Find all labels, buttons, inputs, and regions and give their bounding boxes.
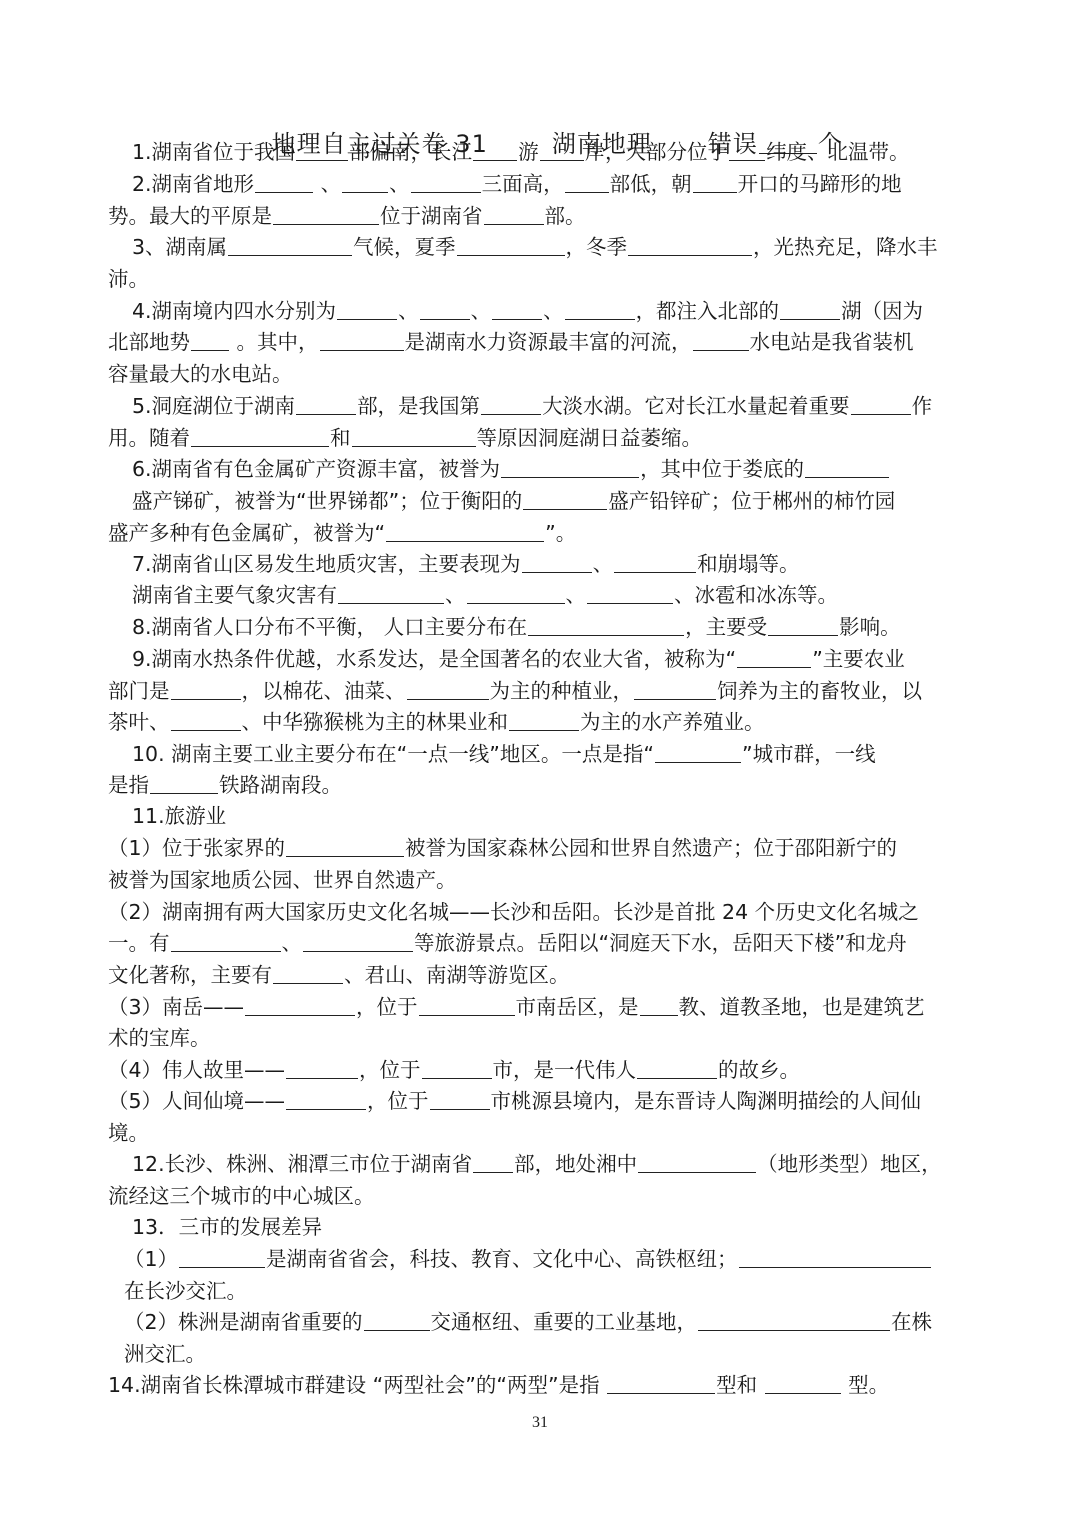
question-text: 交通枢纽、重要的工业基地， <box>431 1310 698 1334</box>
answer-blank[interactable] <box>171 931 281 952</box>
answer-blank[interactable] <box>587 583 673 604</box>
question-text: （2）株洲是湖南省重要的 <box>124 1310 363 1334</box>
question-text: 位于湖南省 <box>380 204 483 228</box>
question-text: 纬度、北温带。 <box>766 140 910 164</box>
worksheet-line: 盛产锑矿，被誉为“世界锑都”；位于衡阳的盛产铅锌矿；位于郴州的柿竹园 <box>132 487 895 515</box>
question-text: （3）南岳—— <box>108 995 244 1019</box>
page-number: 31 <box>0 1414 1080 1432</box>
question-text: （地形类型）地区， <box>757 1152 942 1176</box>
question-text: 部低，朝 <box>610 172 692 196</box>
question-text: ，位于 <box>359 1058 421 1082</box>
answer-blank[interactable] <box>523 489 607 510</box>
answer-blank[interactable] <box>337 299 397 320</box>
answer-blank[interactable] <box>528 615 684 636</box>
answer-blank[interactable] <box>637 1058 717 1079</box>
question-text: 为主的种植业， <box>490 679 634 703</box>
answer-blank[interactable] <box>422 1058 492 1079</box>
question-text: 3、湖南属 <box>132 235 227 259</box>
question-text: 、 <box>566 583 587 607</box>
question-text: 、 <box>314 172 341 196</box>
answer-blank[interactable] <box>245 995 355 1016</box>
question-text: 大淡水湖。它对长江水量起着重要 <box>542 394 850 418</box>
answer-blank[interactable] <box>296 140 348 161</box>
answer-blank[interactable] <box>765 1373 841 1394</box>
question-text: （1）位于张家界的 <box>108 836 285 860</box>
question-text: 被誉为国家地质公园、世界自然遗产。 <box>108 868 457 892</box>
answer-blank[interactable] <box>303 931 413 952</box>
question-text: 饲养为主的畜牧业，以 <box>717 679 922 703</box>
question-text: 作 <box>912 394 933 418</box>
worksheet-line: 11.旅游业 <box>132 802 226 830</box>
question-text: 、 <box>593 552 614 576</box>
answer-blank[interactable] <box>638 1152 756 1173</box>
question-text: 1.湖南省位于我国 <box>132 140 295 164</box>
question-text: 茶叶、 <box>108 710 170 734</box>
answer-blank[interactable] <box>729 140 765 161</box>
worksheet-line: 一。有、等旅游景点。岳阳以“洞庭天下水，岳阳天下楼”和龙舟 <box>108 929 907 957</box>
question-text: （4）伟人故里—— <box>108 1058 285 1082</box>
question-text: ，位于 <box>367 1089 429 1113</box>
answer-blank[interactable] <box>419 995 515 1016</box>
question-text: 洲交汇。 <box>124 1342 206 1366</box>
answer-blank[interactable] <box>386 521 544 542</box>
question-text: 7.湖南省山区易发生地质灾害，主要表现为 <box>132 552 521 576</box>
question-text: 14.湖南省长株潭城市群建设 “两型社会”的“两型”是指 <box>108 1373 606 1397</box>
question-text: 5.洞庭湖位于湖南 <box>132 394 295 418</box>
question-text: 盛产多种有色金属矿，被誉为“ <box>108 521 385 545</box>
question-text: 、 <box>471 299 492 323</box>
worksheet-line: 容量最大的水电站。 <box>108 360 293 388</box>
question-text: 2.湖南省地形 <box>132 172 254 196</box>
answer-blank[interactable] <box>739 1247 931 1268</box>
answer-blank[interactable] <box>614 552 696 573</box>
question-text: 。其中， <box>230 330 319 354</box>
answer-blank[interactable] <box>171 679 241 700</box>
answer-blank[interactable] <box>780 299 840 320</box>
question-text: 、 <box>282 931 303 955</box>
question-text: 12.长沙、株洲、湘潭三市位于湖南省 <box>132 1152 472 1176</box>
question-text: 一。有 <box>108 931 170 955</box>
worksheet-line: （5）人间仙境——，位于市桃源县境内，是东晋诗人陶渊明描绘的人间仙 <box>108 1087 921 1115</box>
worksheet-line: 14.湖南省长株潭城市群建设 “两型社会”的“两型”是指 型和 型。 <box>108 1371 889 1399</box>
question-text: 气候，夏季 <box>353 235 456 259</box>
question-text: 三面高， <box>482 172 564 196</box>
question-text: 术的宝库。 <box>108 1026 211 1050</box>
answer-blank[interactable] <box>693 330 749 351</box>
question-text: 8.湖南省人口分布不平衡， 人口主要分布在 <box>132 615 527 639</box>
question-text: 势。最大的平原是 <box>108 204 272 228</box>
worksheet-line: （3）南岳——，位于市南岳区，是教、道教圣地，也是建筑艺 <box>108 993 925 1021</box>
answer-blank[interactable] <box>851 394 911 415</box>
question-text: ”主要农业 <box>812 647 905 671</box>
worksheet-line: 势。最大的平原是位于湖南省部。 <box>108 202 586 230</box>
question-text: 、 <box>543 299 564 323</box>
question-text: 被誉为国家森林公园和世界自然遗产；位于邵阳新宁的 <box>405 836 897 860</box>
question-text: 是湖南水力资源最丰富的河流， <box>405 330 692 354</box>
question-text: ，都注入北部的 <box>636 299 780 323</box>
question-text: ，冬季 <box>566 235 628 259</box>
answer-blank[interactable] <box>693 172 737 193</box>
worksheet-line: 在长沙交汇。 <box>124 1277 247 1305</box>
worksheet-line: 8.湖南省人口分布不平衡， 人口主要分布在，主要受影响。 <box>132 613 901 641</box>
question-text: 为主的水产养殖业。 <box>580 710 765 734</box>
worksheet-line: 部门是，以棉花、油菜、为主的种植业，饲养为主的畜牧业，以 <box>108 677 922 705</box>
question-text: 岸，大部分位于 <box>585 140 729 164</box>
answer-blank[interactable] <box>467 583 565 604</box>
answer-blank[interactable] <box>296 394 356 415</box>
answer-blank[interactable] <box>320 330 404 351</box>
question-text: 游 <box>518 140 539 164</box>
answer-blank[interactable] <box>628 235 752 256</box>
question-text: ”城市群，一线 <box>742 742 876 766</box>
question-text: 6.湖南省有色金属矿产资源丰富，被誉为 <box>132 457 500 481</box>
worksheet-line: （1）是湖南省省会，科技、教育、文化中心、高铁枢纽； <box>124 1245 932 1273</box>
question-text: 盛产锑矿，被誉为“世界锑都”；位于衡阳的 <box>132 489 522 513</box>
question-text: 容量最大的水电站。 <box>108 362 293 386</box>
question-text: 开口的马蹄形的地 <box>738 172 902 196</box>
answer-blank[interactable] <box>501 457 639 478</box>
answer-blank[interactable] <box>286 1058 358 1079</box>
question-text: ，其中位于娄底的 <box>640 457 804 481</box>
answer-blank[interactable] <box>457 235 565 256</box>
question-text: 流经这三个城市的中心城区。 <box>108 1184 375 1208</box>
worksheet-line: 1.湖南省位于我国部偏南，长江游岸，大部分位于纬度、北温带。 <box>132 138 910 166</box>
answer-blank[interactable] <box>407 679 489 700</box>
worksheet-line: 茶叶、、中华猕猴桃为主的林果业和为主的水产养殖业。 <box>108 708 765 736</box>
question-text: 13．三市的发展差异 <box>132 1215 322 1239</box>
question-text: 教、道教圣地，也是建筑艺 <box>679 995 925 1019</box>
question-text: 盛产铅锌矿；位于郴州的柿竹园 <box>608 489 895 513</box>
answer-blank[interactable] <box>191 426 329 447</box>
answer-blank[interactable] <box>492 299 542 320</box>
worksheet-line: 9.湖南水热条件优越，水系发达，是全国著名的农业大省，被称为“”主要农业 <box>132 645 905 673</box>
worksheet-line: 13．三市的发展差异 <box>132 1213 322 1241</box>
worksheet-line: 沛。 <box>108 265 149 293</box>
question-text: ，光热充足，降水丰 <box>753 235 938 259</box>
answer-blank[interactable] <box>352 426 476 447</box>
question-text: 、君山、南湖等游览区。 <box>344 963 570 987</box>
question-text: 湖（因为 <box>841 299 923 323</box>
worksheet-line: 3、湖南属气候，夏季，冬季，光热充足，降水丰 <box>132 233 938 261</box>
answer-blank[interactable] <box>565 172 609 193</box>
question-text: 部偏南，长江 <box>349 140 472 164</box>
worksheet-line: 用。随着和等原因洞庭湖日益萎缩。 <box>108 424 702 452</box>
question-text: 10. 湖南主要工业主要分布在“一点一线”地区。一点是指“ <box>132 742 654 766</box>
question-text: 在长沙交汇。 <box>124 1279 247 1303</box>
worksheet-line: 被誉为国家地质公园、世界自然遗产。 <box>108 866 457 894</box>
answer-blank[interactable] <box>342 172 388 193</box>
answer-blank[interactable] <box>484 204 544 225</box>
answer-blank[interactable] <box>179 1247 265 1268</box>
worksheet-line: 盛产多种有色金属矿，被誉为“”。 <box>108 519 576 547</box>
answer-blank[interactable] <box>540 140 584 161</box>
question-text: 和崩塌等。 <box>697 552 800 576</box>
question-text: 4.湖南境内四水分别为 <box>132 299 336 323</box>
answer-blank[interactable] <box>255 172 313 193</box>
question-text: 水电站是我省装机 <box>750 330 914 354</box>
question-text: 影响。 <box>839 615 901 639</box>
question-text: 、 <box>389 172 410 196</box>
worksheet-line: 6.湖南省有色金属矿产资源丰富，被誉为，其中位于娄底的 <box>132 455 890 483</box>
question-text: 部，是我国第 <box>357 394 480 418</box>
worksheet-line: 流经这三个城市的中心城区。 <box>108 1182 375 1210</box>
question-text: 、 <box>445 583 466 607</box>
question-text: 、中华猕猴桃为主的林果业和 <box>242 710 509 734</box>
answer-blank[interactable] <box>607 1373 715 1394</box>
answer-blank[interactable] <box>364 1310 430 1331</box>
question-text: 是指 <box>108 773 149 797</box>
answer-blank[interactable] <box>338 583 444 604</box>
question-text: 市，是一代伟人 <box>493 1058 637 1082</box>
question-text: 部，地处湘中 <box>514 1152 637 1176</box>
question-text: 部。 <box>545 204 586 228</box>
answer-blank[interactable] <box>698 1310 890 1331</box>
worksheet-line: （1）位于张家界的被誉为国家森林公园和世界自然遗产；位于邵阳新宁的 <box>108 834 897 862</box>
question-text: 和 <box>330 426 351 450</box>
worksheet-line: 湖南省主要气象灾害有、、、冰雹和冰冻等。 <box>132 581 838 609</box>
answer-blank[interactable] <box>430 1089 490 1110</box>
worksheet-line: 北部地势 。其中，是湖南水力资源最丰富的河流，水电站是我省装机 <box>108 328 914 356</box>
worksheet-line: 10. 湖南主要工业主要分布在“一点一线”地区。一点是指“”城市群，一线 <box>132 740 876 768</box>
question-text: 用。随着 <box>108 426 190 450</box>
answer-blank[interactable] <box>640 995 678 1016</box>
answer-blank[interactable] <box>522 552 592 573</box>
worksheet-page: 地理自主过关卷 31湖南地理错误个 1.湖南省位于我国部偏南，长江游岸，大部分位… <box>0 0 1080 1528</box>
question-text: 型。 <box>842 1373 890 1397</box>
question-text: 等原因洞庭湖日益萎缩。 <box>477 426 703 450</box>
question-text: 市桃源县境内，是东晋诗人陶渊明描绘的人间仙 <box>491 1089 922 1113</box>
question-text: 的故乡。 <box>718 1058 800 1082</box>
answer-blank[interactable] <box>273 204 379 225</box>
question-text: （2）湖南拥有两大国家历史文化名城——长沙和岳阳。长沙是首批 24 个历史文化名… <box>108 900 919 924</box>
worksheet-line: 术的宝库。 <box>108 1024 211 1052</box>
question-text: 等旅游景点。岳阳以“洞庭天下水，岳阳天下楼”和龙舟 <box>414 931 907 955</box>
answer-blank[interactable] <box>171 710 241 731</box>
answer-blank[interactable] <box>273 963 343 984</box>
question-text: 、 <box>398 299 419 323</box>
question-text: ，位于 <box>356 995 418 1019</box>
question-text: ，主要受 <box>685 615 767 639</box>
question-text: 境。 <box>108 1121 149 1145</box>
answer-blank[interactable] <box>565 299 635 320</box>
answer-blank[interactable] <box>805 457 889 478</box>
question-text: 在株 <box>891 1310 932 1334</box>
question-text: 湖南省主要气象灾害有 <box>132 583 337 607</box>
worksheet-line: 洲交汇。 <box>124 1340 206 1368</box>
question-text: 11.旅游业 <box>132 804 226 828</box>
answer-blank[interactable] <box>481 394 541 415</box>
question-text: 是湖南省省会，科技、教育、文化中心、高铁枢纽； <box>266 1247 738 1271</box>
answer-blank[interactable] <box>473 140 517 161</box>
worksheet-line: 文化著称，主要有、君山、南湖等游览区。 <box>108 961 570 989</box>
worksheet-line: （2）株洲是湖南省重要的交通枢纽、重要的工业基地，在株 <box>124 1308 932 1336</box>
worksheet-line: 12.长沙、株洲、湘潭三市位于湖南省部，地处湘中（地形类型）地区， <box>132 1150 942 1178</box>
answer-blank[interactable] <box>768 615 838 636</box>
question-text: 铁路湖南段。 <box>219 773 342 797</box>
answer-blank[interactable] <box>420 299 470 320</box>
question-text: ”。 <box>545 521 576 545</box>
answer-blank[interactable] <box>411 172 481 193</box>
answer-blank[interactable] <box>655 742 741 763</box>
worksheet-line: 2.湖南省地形 、、三面高，部低，朝开口的马蹄形的地 <box>132 170 902 198</box>
answer-blank[interactable] <box>634 679 716 700</box>
answer-blank[interactable] <box>473 1152 513 1173</box>
answer-blank[interactable] <box>509 710 579 731</box>
worksheet-line: （2）湖南拥有两大国家历史文化名城——长沙和岳阳。长沙是首批 24 个历史文化名… <box>108 898 919 926</box>
question-text: （1） <box>124 1247 178 1271</box>
answer-blank[interactable] <box>228 235 352 256</box>
answer-blank[interactable] <box>191 330 229 351</box>
worksheet-line: 4.湖南境内四水分别为、、、，都注入北部的湖（因为 <box>132 297 923 325</box>
question-text: 9.湖南水热条件优越，水系发达，是全国著名的农业大省，被称为“ <box>132 647 736 671</box>
question-text: 部门是 <box>108 679 170 703</box>
question-text: 、冰雹和冰冻等。 <box>674 583 838 607</box>
question-text: 文化著称，主要有 <box>108 963 272 987</box>
question-text: （5）人间仙境—— <box>108 1089 285 1113</box>
question-text: ，以棉花、油菜、 <box>242 679 406 703</box>
question-text: 市南岳区，是 <box>516 995 639 1019</box>
answer-blank[interactable] <box>737 647 811 668</box>
answer-blank[interactable] <box>150 773 218 794</box>
worksheet-line: 7.湖南省山区易发生地质灾害，主要表现为、和崩塌等。 <box>132 550 800 578</box>
question-text: 沛。 <box>108 267 149 291</box>
worksheet-line: 是指铁路湖南段。 <box>108 771 342 799</box>
worksheet-line: 境。 <box>108 1119 149 1147</box>
worksheet-line: （4）伟人故里——，位于市，是一代伟人的故乡。 <box>108 1056 800 1084</box>
question-text: 北部地势 <box>108 330 190 354</box>
question-text: 型和 <box>716 1373 764 1397</box>
worksheet-line: 5.洞庭湖位于湖南部，是我国第大淡水湖。它对长江水量起着重要作 <box>132 392 932 420</box>
answer-blank[interactable] <box>286 1089 366 1110</box>
answer-blank[interactable] <box>286 836 404 857</box>
